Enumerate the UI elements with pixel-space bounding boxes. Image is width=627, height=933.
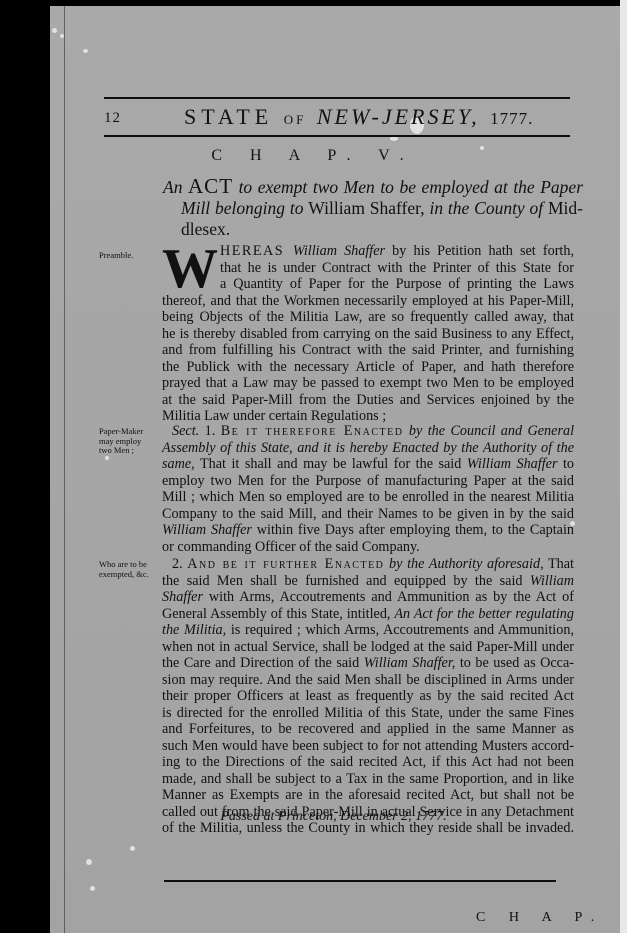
line-text: to [557, 456, 574, 472]
text-line: Manner as Exempts are in the aforesaid r… [162, 787, 574, 804]
act-title-line: dlesex. [163, 219, 583, 240]
text-line: Assembly of this State, and it is hereby… [162, 440, 574, 457]
header-bottom-rule [104, 135, 570, 137]
italic-text: by the Authority aforesaid, [384, 556, 543, 572]
small-caps-text: Be it therefore Enacted [221, 423, 404, 439]
margin-note-section-1: Paper-Maker may employ two Men ; [99, 427, 155, 456]
text-line: he is thereby disabled from carrying on … [162, 326, 574, 343]
act-title-line: Mill belonging to William Shaffer, in th… [163, 198, 583, 219]
text-line: HEREAS William Shaffer by his Petition h… [162, 243, 574, 260]
margin-note-section-2: Who are to be exempted, &c. [99, 560, 155, 579]
running-head-title: STATE OF NEW-JERSEY, 1777. [184, 104, 533, 130]
text-line: same, That it shall and may be lawful fo… [162, 456, 574, 473]
text-line: and Forfeitures, to be recovered and app… [162, 721, 574, 738]
dust-speck [60, 34, 64, 38]
head-year: 1777. [490, 109, 533, 128]
line-text: 2. [172, 556, 187, 572]
text-line: being Objects of the Militia Law, are so… [162, 309, 574, 326]
catchword: C H A P. [476, 910, 604, 926]
italic-text: An Act for the better regulating [394, 606, 574, 622]
text-line: the said Men shall be furnished and equi… [162, 573, 574, 590]
line-text: That [544, 556, 574, 572]
text-line: the Care and Direction of the said Willi… [162, 655, 574, 672]
line-text: General Assembly of this State, intitled… [162, 606, 394, 622]
header-top-rule [104, 97, 570, 99]
italic-text: same, [162, 456, 195, 472]
text-line: ing to the Directions of the said recite… [162, 754, 574, 771]
text-line: or commanding Officer of the said Compan… [162, 539, 574, 556]
act-title-text: in the County of [425, 198, 548, 218]
preamble-text: HEREAS William Shaffer by his Petition h… [162, 243, 574, 425]
line-text: within five Days after employing them, t… [252, 522, 574, 538]
act-title-text: Mill belonging to [181, 198, 308, 218]
text-line: the Militia, is required ; which Arms, A… [162, 622, 574, 639]
footer-rule [164, 880, 556, 882]
line-text: with Arms, Accoutrements and Ammunition … [203, 589, 574, 605]
act-prefix: An [163, 177, 182, 197]
italic-text: William Shaffer [293, 243, 385, 259]
text-line: a Quantity of Paper for the Purpose of p… [162, 276, 574, 293]
scan-edge-strip [620, 0, 627, 933]
passed-note: Passed at Princeton, December 2, 1777. [0, 809, 627, 825]
text-line: the Publick with the necessary Article o… [162, 359, 574, 376]
italic-text: Shaffer [162, 589, 203, 605]
text-line: Company to the said Mill, and their Name… [162, 506, 574, 523]
running-head: 12 STATE OF NEW-JERSEY, 1777. [104, 104, 574, 132]
line-text: the said Men shall be furnished and equi… [162, 573, 530, 589]
line-text: to be used as Occa- [455, 655, 574, 671]
dust-speck [130, 846, 135, 851]
text-line: sion may require. And the said Men shall… [162, 672, 574, 689]
line-text: is required ; which Arms, Accoutrements … [226, 622, 574, 638]
text-line: Mill ; which Men so employed are to be e… [162, 489, 574, 506]
act-title-person: William Shaffer, [308, 198, 424, 218]
text-line: William Shaffer within five Days after e… [162, 522, 574, 539]
act-title-text: to exempt two Men to be employed at the … [233, 177, 583, 197]
dust-speck [83, 49, 88, 53]
act-word: ACT [188, 174, 233, 198]
italic-text: William Shaffer [162, 522, 252, 538]
text-line: Shaffer with Arms, Accoutrements and Amm… [162, 589, 574, 606]
act-title-county: dlesex. [181, 219, 230, 239]
act-title-county: Mid- [548, 198, 583, 218]
text-line: and from fulfilling his Contract with th… [162, 342, 574, 359]
text-line: that he is under Contract with the Print… [162, 260, 574, 277]
text-line: thereof, and that the Workmen necessaril… [162, 293, 574, 310]
margin-note-preamble: Preamble. [99, 251, 155, 261]
head-state-name: NEW-JERSEY, [317, 104, 480, 129]
text-line: is directed for the enrolled Militia of … [162, 705, 574, 722]
act-title-line: An ACT to exempt two Men to be employed … [163, 176, 583, 198]
dust-speck [86, 859, 92, 865]
italic-text: William Shaffer [467, 456, 558, 472]
head-of: OF [284, 112, 307, 127]
text-line: at the said Paper-Mill from the Duties a… [162, 392, 574, 409]
head-state: STATE [184, 104, 273, 129]
small-caps-text: And be it further Enacted [187, 556, 384, 572]
italic-text: William Shaffer, [364, 655, 456, 671]
act-title: An ACT to exempt two Men to be employed … [163, 176, 583, 240]
text-line: such Men would have been subject to for … [162, 738, 574, 755]
small-caps-text: HEREAS [220, 243, 293, 259]
text-line: made, and shall be subject to a Tax in t… [162, 771, 574, 788]
dust-speck [90, 886, 95, 891]
text-line: their proper Officers at least as freque… [162, 688, 574, 705]
section-1-text: Sect. 1. Be it therefore Enacted by the … [162, 423, 574, 555]
dust-speck [52, 28, 57, 33]
italic-text: by the Council and General [403, 423, 574, 439]
chapter-heading: C H A P. V. [0, 147, 627, 165]
line-text: That it shall and may be lawful for the … [195, 456, 467, 472]
line-text: the Care and Direction of the said [162, 655, 364, 671]
text-line: Sect. 1. Be it therefore Enacted by the … [162, 423, 574, 440]
text-line: General Assembly of this State, intitled… [162, 606, 574, 623]
text-line: employ two Men for the Purpose of manufa… [162, 473, 574, 490]
page-number: 12 [104, 110, 121, 127]
line-text: by his Petition hath set forth, [385, 243, 574, 259]
line-text: 1. [199, 423, 221, 439]
italic-text: William [530, 573, 574, 589]
dust-speck [105, 456, 109, 460]
text-line: prayed that a Law may be passed to exemp… [162, 375, 574, 392]
italic-text: Sect. [172, 423, 199, 439]
text-line: 2. And be it further Enacted by the Auth… [162, 556, 574, 573]
section-2-text: 2. And be it further Enacted by the Auth… [162, 556, 574, 837]
italic-text: the Militia, [162, 622, 226, 638]
text-line: when not in actual Service, shall be lod… [162, 639, 574, 656]
